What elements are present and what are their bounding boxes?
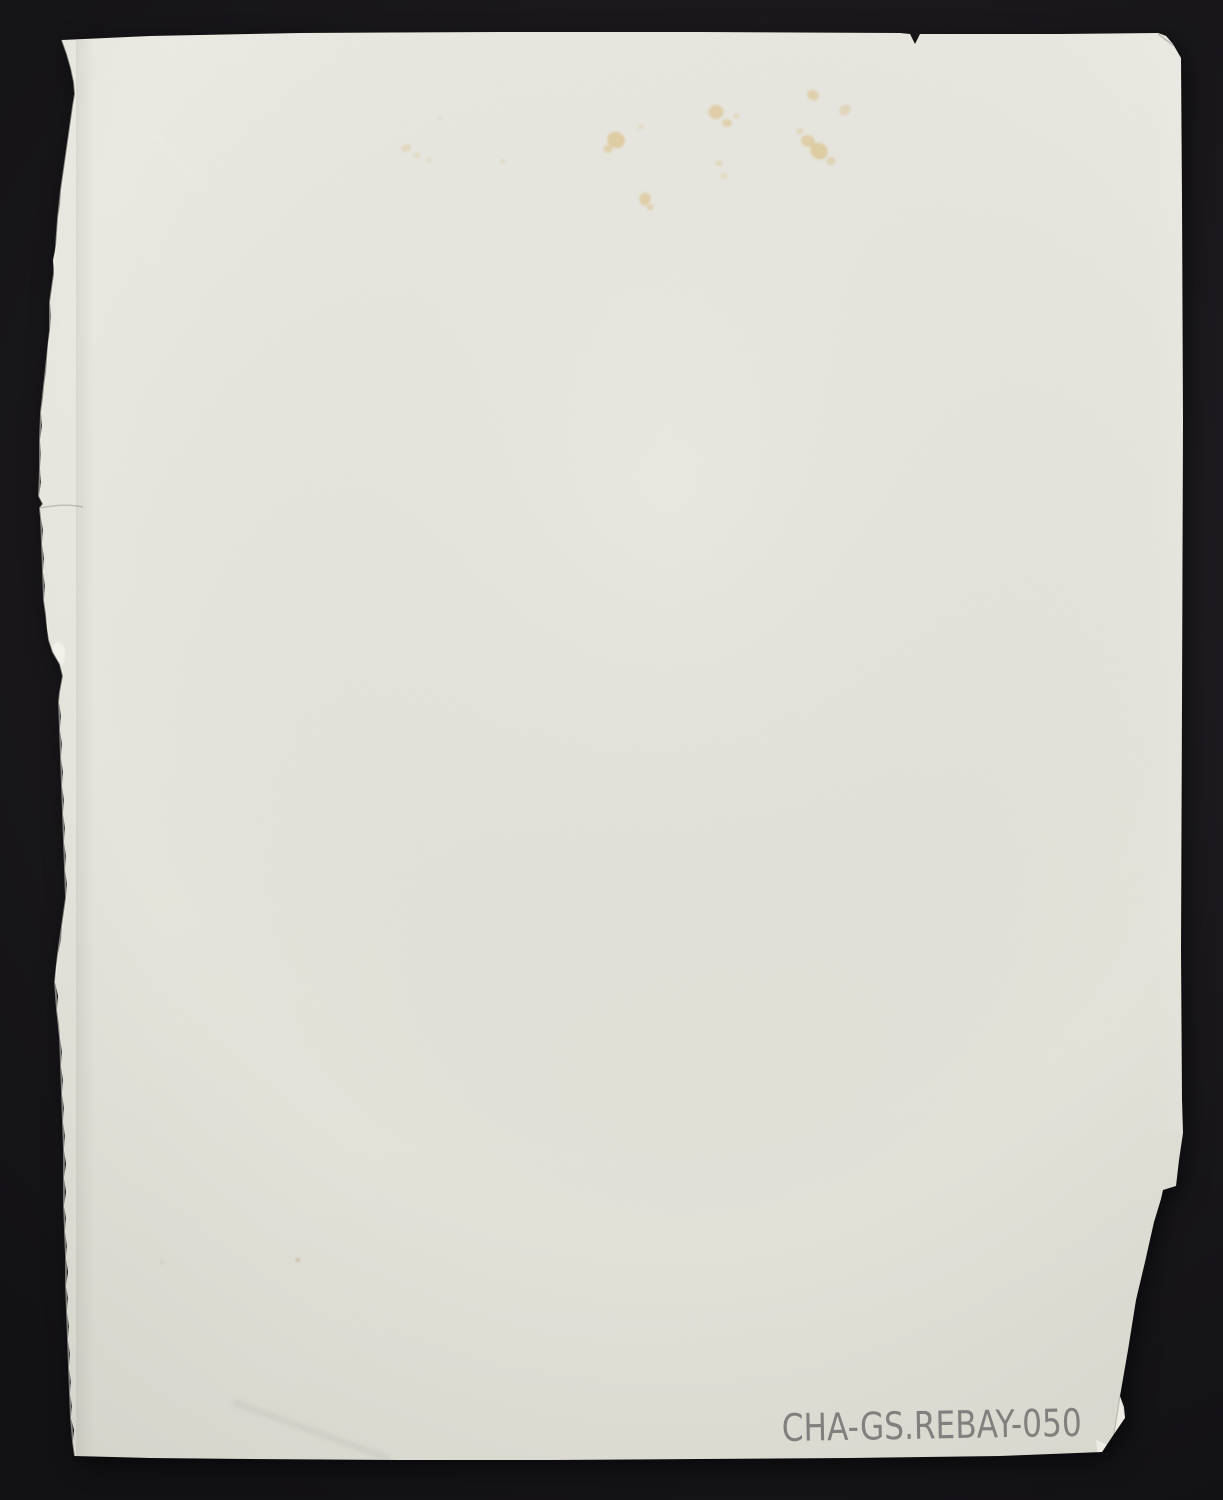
foxing-stain [722,119,732,127]
scan-background: CHA-GS.REBAY-050 [0,0,1223,1500]
foxing-stain [296,1258,300,1262]
right-edge-sheen [1150,58,1183,1133]
foxing-stain [647,204,654,210]
foxing-stain [827,157,836,165]
foxing-stain [439,117,442,120]
paper-texture [30,20,1195,1475]
foxing-stain [797,128,804,134]
inscription-text: CHA-GS.REBAY-050 [781,1401,1082,1450]
foxing-stain [638,125,644,129]
left-edge-shading [76,40,94,1456]
foxing-stain [160,1259,164,1266]
foxing-stain [414,153,420,158]
foxing-stain [721,174,727,179]
foxing-stain [501,159,505,163]
foxing-stain [427,158,432,162]
paper-shading [30,20,1195,1475]
foxing-stain [604,145,613,153]
foxing-stain [716,160,722,166]
paper-scan: CHA-GS.REBAY-050 [0,0,1223,1500]
foxing-stain [733,114,739,119]
torn-fiber-patch [51,642,65,668]
